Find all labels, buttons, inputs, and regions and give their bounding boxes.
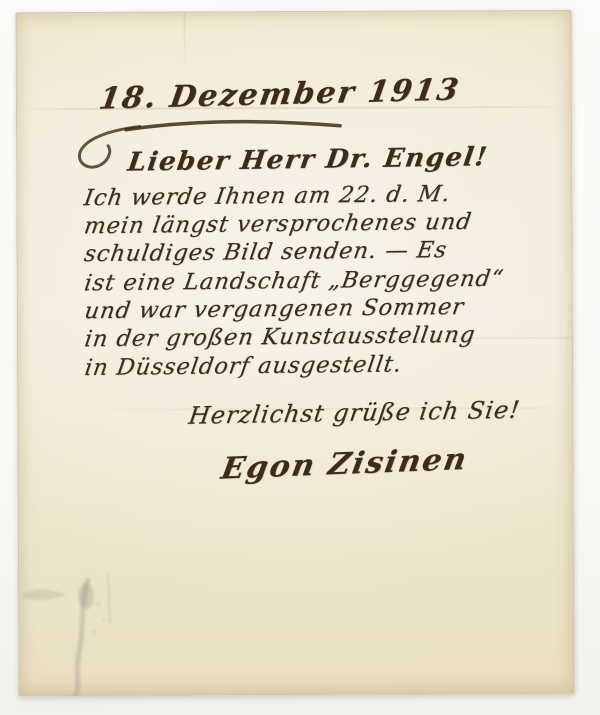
body-line-7: in Düsseldorf ausgestellt. — [83, 351, 404, 381]
signature: Egon Zisinen — [219, 442, 471, 487]
body-line-2: mein längst versprochenes und — [82, 209, 473, 239]
letter-paper: 18. Dezember 1913 Lieber Herr Dr. Engel!… — [16, 10, 575, 696]
ink-smudge — [18, 562, 159, 697]
letter-photo: 18. Dezember 1913 Lieber Herr Dr. Engel!… — [0, 0, 600, 715]
closing-line: Herzlichst grüße ich Sie! — [187, 396, 522, 430]
salutation-line: Lieber Herr Dr. Engel! — [126, 142, 490, 177]
date-line: 18. Dezember 1913 — [97, 73, 463, 117]
body-line-5: und war vergangenen Sommer — [83, 294, 466, 324]
vertical-crease — [184, 13, 186, 71]
body-line-6: in der großen Kunstausstellung — [83, 322, 477, 352]
body-line-1: Ich werde Ihnen am 22. d. M. — [82, 181, 452, 211]
body-line-4: ist eine Landschaft „Berggegend“ — [83, 266, 506, 297]
body-line-3: schuldiges Bild senden. — Es — [82, 237, 449, 267]
